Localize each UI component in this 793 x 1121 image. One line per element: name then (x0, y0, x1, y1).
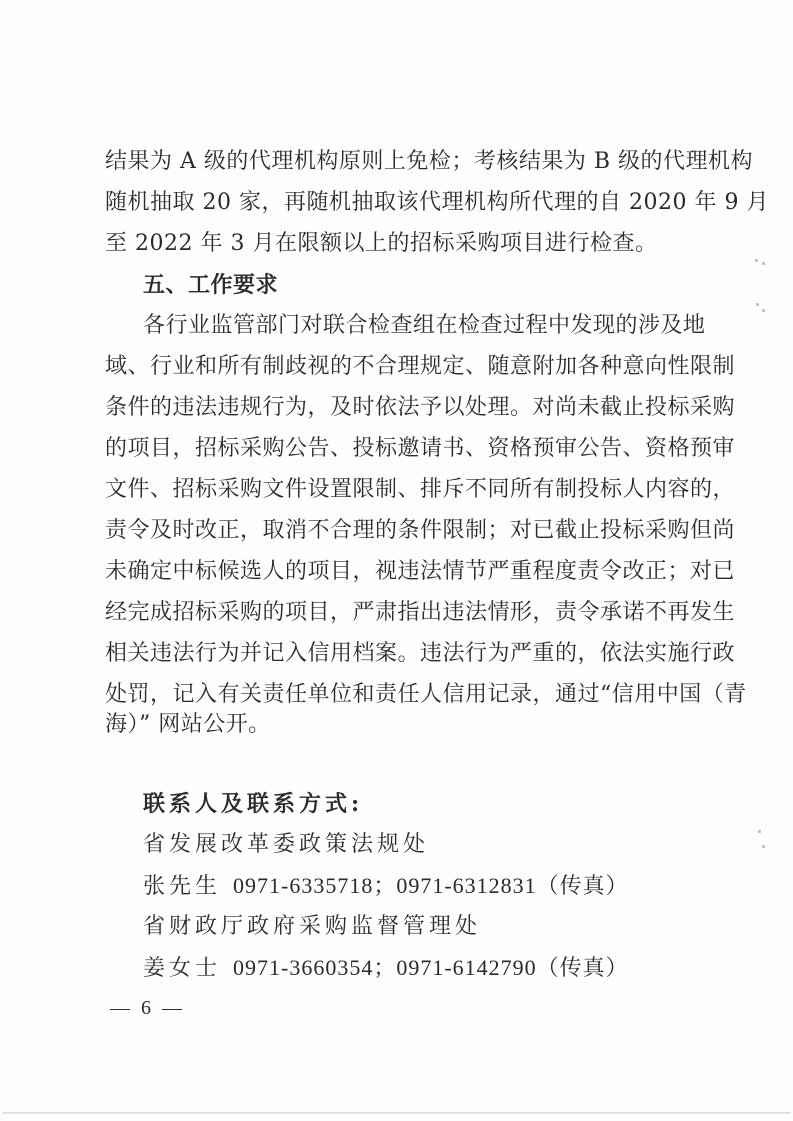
paragraph-line: 处罚，记入有关责任单位和责任人信用记录，通过“信用中国（青 (105, 680, 693, 710)
paragraph-line: 未确定中标候选人的项目，视违法情节严重程度责令改正；对已 (105, 557, 693, 587)
contact-name: 姜女士 (143, 956, 221, 981)
paragraph-line: 责令及时改正，取消不合理的条件限制；对已截止投标采购但尚 (105, 516, 693, 546)
paragraph-line: 海）” 网站公开。 (105, 710, 693, 740)
paragraph-line: 域、行业和所有制歧视的不合理规定、随意附加各种意向性限制 (105, 352, 693, 382)
paragraph-line: 各行业监管部门对联合检查组在检查过程中发现的涉及地 (143, 311, 693, 341)
document-page: 结果为 A 级的代理机构原则上免检；考核结果为 B 级的代理机构 随机抽取 20… (0, 0, 793, 1121)
paragraph-line: 文件、招标采购文件设置限制、排斥不同所有制投标人内容的， (105, 475, 693, 505)
body-line: 结果为 A 级的代理机构原则上免检；考核结果为 B 级的代理机构 (105, 147, 693, 177)
paragraph-line: 经完成招标采购的项目，严肃指出违法情形，责令承诺不再发生 (105, 598, 693, 628)
scan-speck (755, 259, 758, 262)
contact-org: 省财政厅政府采购监督管理处 (143, 912, 481, 942)
scan-speck (762, 309, 765, 312)
body-line: 随机抽取 20 家，再随机抽取该代理机构所代理的自 2020 年 9 月 (105, 188, 693, 218)
contact-person: 张先生0971-6335718；0971-6312831（传真） (143, 871, 629, 901)
scan-speck (762, 845, 765, 848)
contact-name: 张先生 (143, 874, 221, 899)
page-edge (2, 1112, 791, 1114)
contact-org: 省发展改革委政策法规处 (143, 830, 429, 860)
scan-speck (762, 262, 765, 265)
paragraph-line: 的项目，招标采购公告、投标邀请书、资格预审公告、资格预审 (105, 434, 693, 464)
contact-person: 姜女士0971-3660354；0971-6142790（传真） (143, 953, 629, 983)
paragraph-line: 相关违法行为并记入信用档案。违法行为严重的，依法实施行政 (105, 639, 693, 669)
contact-phone: 0971-6335718；0971-6312831（传真） (233, 873, 629, 898)
contacts-title: 联系人及联系方式: (143, 789, 363, 819)
paragraph-line: 条件的违法违规行为，及时依法予以处理。对尚未截止投标采购 (105, 393, 693, 423)
scan-speck (756, 303, 759, 306)
section-heading: 五、工作要求 (143, 270, 693, 300)
scan-speck (758, 830, 761, 833)
contact-phone: 0971-3660354；0971-6142790（传真） (233, 955, 629, 980)
body-line: 至 2022 年 3 月在限额以上的招标采购项目进行检查。 (105, 229, 693, 259)
page-number: — 6 — (110, 994, 185, 1022)
